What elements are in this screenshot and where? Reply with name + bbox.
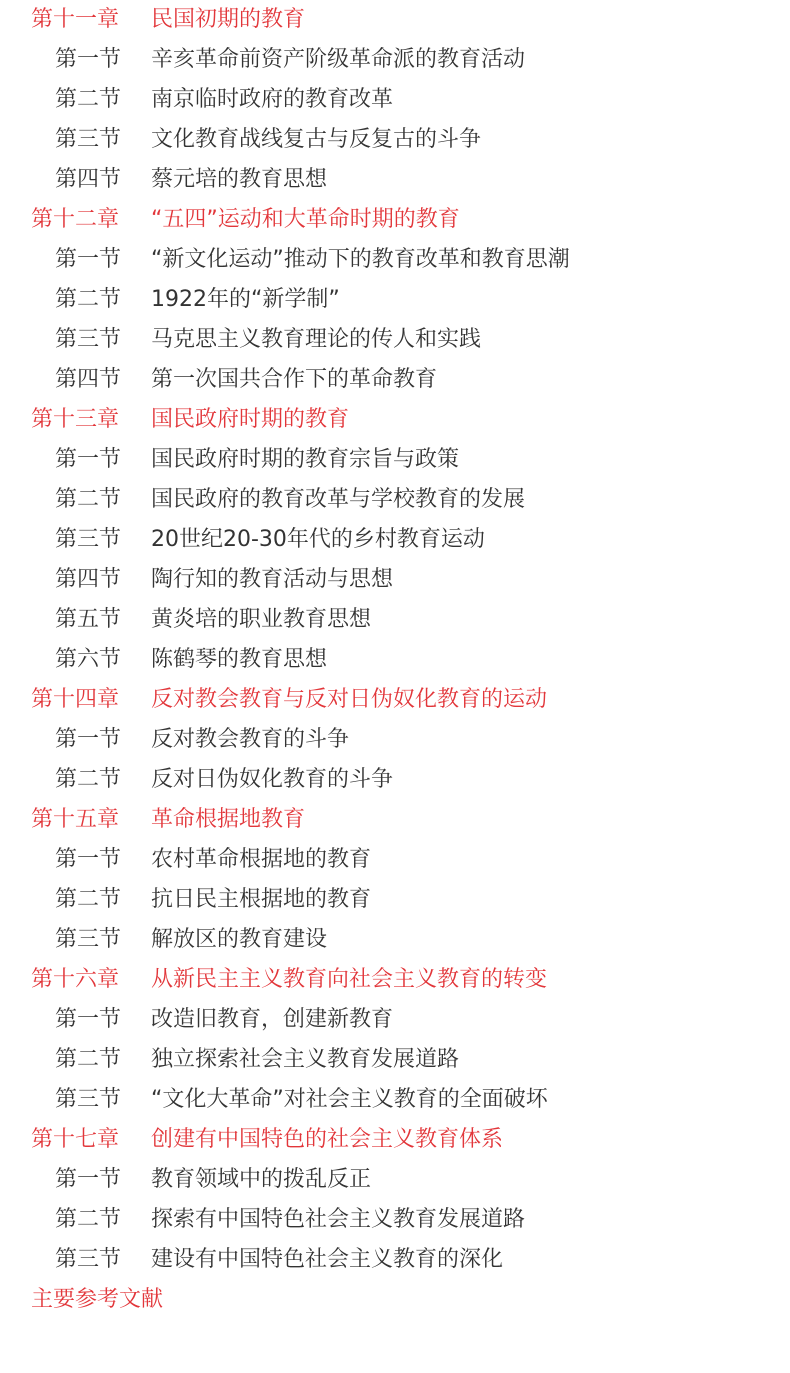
section-number: 第一节 — [55, 240, 121, 280]
section-number: 第一节 — [55, 720, 121, 760]
section-entry[interactable]: 第二节反对日伪奴化教育的斗争 — [0, 760, 790, 800]
section-entry[interactable]: 第六节陈鹤琴的教育思想 — [0, 640, 790, 680]
section-entry[interactable]: 第三节20世纪20-30年代的乡村教育运动 — [0, 520, 790, 560]
section-number: 第二节 — [55, 760, 121, 800]
chapter-entry[interactable]: 第十四章反对教会教育与反对日伪奴化教育的运动 — [0, 680, 790, 720]
section-number: 第六节 — [55, 640, 121, 680]
section-title: 第一次国共合作下的革命教育 — [151, 360, 437, 400]
section-number: 第二节 — [55, 1040, 121, 1080]
section-number: 第一节 — [55, 1000, 121, 1040]
section-number: 第五节 — [55, 600, 121, 640]
section-title: 反对教会教育的斗争 — [151, 720, 349, 760]
section-title: 陈鹤琴的教育思想 — [151, 640, 327, 680]
chapter-title: 革命根据地教育 — [151, 800, 305, 840]
section-title: 教育领域中的拨乱反正 — [151, 1160, 371, 1200]
section-title: 建设有中国特色社会主义教育的深化 — [151, 1240, 503, 1280]
chapter-number: 第十二章 — [31, 200, 119, 240]
section-entry[interactable]: 第一节改造旧教育，创建新教育 — [0, 1000, 790, 1040]
section-number: 第一节 — [55, 840, 121, 880]
section-title: 解放区的教育建设 — [151, 920, 327, 960]
section-title: 改造旧教育，创建新教育 — [151, 1000, 393, 1040]
section-title: 国民政府时期的教育宗旨与政策 — [151, 440, 459, 480]
section-title: 反对日伪奴化教育的斗争 — [151, 760, 393, 800]
section-number: 第四节 — [55, 560, 121, 600]
section-number: 第三节 — [55, 1080, 121, 1120]
section-number: 第三节 — [55, 320, 121, 360]
section-entry[interactable]: 第二节南京临时政府的教育改革 — [0, 80, 790, 120]
section-entry[interactable]: 第一节辛亥革命前资产阶级革命派的教育活动 — [0, 40, 790, 80]
section-entry[interactable]: 第二节国民政府的教育改革与学校教育的发展 — [0, 480, 790, 520]
section-number: 第一节 — [55, 1160, 121, 1200]
section-title: 马克思主义教育理论的传人和实践 — [151, 320, 481, 360]
section-number: 第二节 — [55, 1200, 121, 1240]
chapter-number: 第十四章 — [31, 680, 119, 720]
section-entry[interactable]: 第三节建设有中国特色社会主义教育的深化 — [0, 1240, 790, 1280]
chapter-title: 民国初期的教育 — [151, 0, 305, 40]
chapter-number: 第十三章 — [31, 400, 119, 440]
section-title: 独立探索社会主义教育发展道路 — [151, 1040, 459, 1080]
section-title: 文化教育战线复古与反复古的斗争 — [151, 120, 481, 160]
section-entry[interactable]: 第四节第一次国共合作下的革命教育 — [0, 360, 790, 400]
section-number: 第二节 — [55, 80, 121, 120]
chapter-entry[interactable]: 第十七章创建有中国特色的社会主义教育体系 — [0, 1120, 790, 1160]
section-entry[interactable]: 第一节农村革命根据地的教育 — [0, 840, 790, 880]
section-entry[interactable]: 第五节黄炎培的职业教育思想 — [0, 600, 790, 640]
chapter-title: 国民政府时期的教育 — [151, 400, 349, 440]
chapter-entry[interactable]: 第十三章国民政府时期的教育 — [0, 400, 790, 440]
section-entry[interactable]: 第四节陶行知的教育活动与思想 — [0, 560, 790, 600]
section-entry[interactable]: 第一节反对教会教育的斗争 — [0, 720, 790, 760]
references-entry[interactable]: 主要参考文献 — [0, 1280, 790, 1320]
section-number: 第二节 — [55, 880, 121, 920]
section-title: “新文化运动”推动下的教育改革和教育思潮 — [151, 240, 570, 280]
section-entry[interactable]: 第一节“新文化运动”推动下的教育改革和教育思潮 — [0, 240, 790, 280]
section-title: 陶行知的教育活动与思想 — [151, 560, 393, 600]
section-number: 第三节 — [55, 1240, 121, 1280]
section-title: 抗日民主根据地的教育 — [151, 880, 371, 920]
section-entry[interactable]: 第一节国民政府时期的教育宗旨与政策 — [0, 440, 790, 480]
section-title: 探索有中国特色社会主义教育发展道路 — [151, 1200, 525, 1240]
section-number: 第一节 — [55, 40, 121, 80]
section-entry[interactable]: 第三节马克思主义教育理论的传人和实践 — [0, 320, 790, 360]
section-title: 20世纪20-30年代的乡村教育运动 — [151, 520, 485, 560]
chapter-title: 反对教会教育与反对日伪奴化教育的运动 — [151, 680, 547, 720]
section-entry[interactable]: 第三节文化教育战线复古与反复古的斗争 — [0, 120, 790, 160]
table-of-contents: 第十一章民国初期的教育第一节辛亥革命前资产阶级革命派的教育活动第二节南京临时政府… — [0, 0, 790, 1320]
section-title: 南京临时政府的教育改革 — [151, 80, 393, 120]
section-number: 第一节 — [55, 440, 121, 480]
section-entry[interactable]: 第三节“文化大革命”对社会主义教育的全面破坏 — [0, 1080, 790, 1120]
chapter-entry[interactable]: 第十五章革命根据地教育 — [0, 800, 790, 840]
section-number: 第四节 — [55, 360, 121, 400]
references-title: 主要参考文献 — [31, 1280, 163, 1320]
section-number: 第三节 — [55, 520, 121, 560]
chapter-entry[interactable]: 第十二章“五四”运动和大革命时期的教育 — [0, 200, 790, 240]
section-number: 第三节 — [55, 120, 121, 160]
chapter-entry[interactable]: 第十六章从新民主主义教育向社会主义教育的转变 — [0, 960, 790, 1000]
section-title: 1922年的“新学制” — [151, 280, 340, 320]
section-entry[interactable]: 第二节探索有中国特色社会主义教育发展道路 — [0, 1200, 790, 1240]
section-number: 第二节 — [55, 280, 121, 320]
section-entry[interactable]: 第四节蔡元培的教育思想 — [0, 160, 790, 200]
chapter-entry[interactable]: 第十一章民国初期的教育 — [0, 0, 790, 40]
chapter-number: 第十五章 — [31, 800, 119, 840]
section-entry[interactable]: 第三节解放区的教育建设 — [0, 920, 790, 960]
chapter-title: “五四”运动和大革命时期的教育 — [151, 200, 460, 240]
section-title: 国民政府的教育改革与学校教育的发展 — [151, 480, 525, 520]
section-title: 黄炎培的职业教育思想 — [151, 600, 371, 640]
section-number: 第四节 — [55, 160, 121, 200]
section-title: 辛亥革命前资产阶级革命派的教育活动 — [151, 40, 525, 80]
chapter-number: 第十一章 — [31, 0, 119, 40]
section-number: 第二节 — [55, 480, 121, 520]
section-entry[interactable]: 第二节抗日民主根据地的教育 — [0, 880, 790, 920]
section-number: 第三节 — [55, 920, 121, 960]
section-entry[interactable]: 第二节独立探索社会主义教育发展道路 — [0, 1040, 790, 1080]
chapter-number: 第十六章 — [31, 960, 119, 1000]
section-entry[interactable]: 第二节1922年的“新学制” — [0, 280, 790, 320]
chapter-title: 创建有中国特色的社会主义教育体系 — [151, 1120, 503, 1160]
chapter-title: 从新民主主义教育向社会主义教育的转变 — [151, 960, 547, 1000]
chapter-number: 第十七章 — [31, 1120, 119, 1160]
section-entry[interactable]: 第一节教育领域中的拨乱反正 — [0, 1160, 790, 1200]
section-title: “文化大革命”对社会主义教育的全面破坏 — [151, 1080, 548, 1120]
section-title: 农村革命根据地的教育 — [151, 840, 371, 880]
section-title: 蔡元培的教育思想 — [151, 160, 327, 200]
